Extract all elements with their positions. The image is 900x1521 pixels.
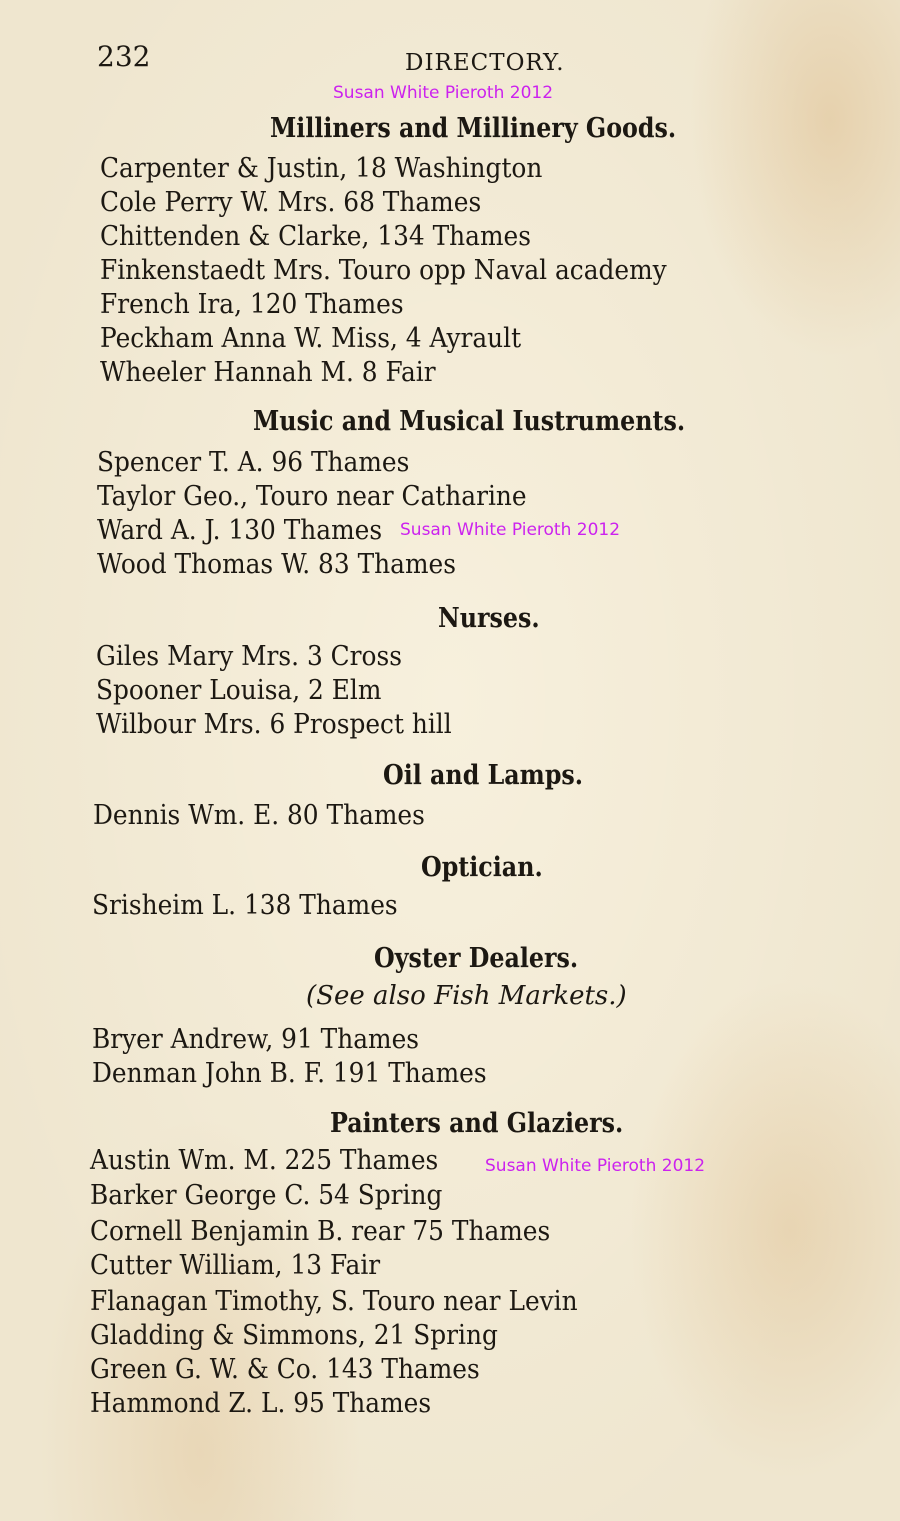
directory-entry: Dennis Wm. E. 80 Thames bbox=[93, 800, 425, 831]
directory-entry: Taylor Geo., Touro near Catharine bbox=[97, 481, 527, 512]
directory-entry: Finkenstaedt Mrs. Touro opp Naval academ… bbox=[100, 255, 667, 286]
directory-entry: Carpenter & Justin, 18 Washington bbox=[100, 153, 542, 184]
directory-entry: Giles Mary Mrs. 3 Cross bbox=[96, 641, 402, 672]
directory-entry: Denman John B. F. 191 Thames bbox=[92, 1058, 487, 1089]
directory-entry: Green G. W. & Co. 143 Thames bbox=[90, 1354, 480, 1385]
directory-entry: Peckham Anna W. Miss, 4 Ayrault bbox=[100, 323, 521, 354]
cross-reference-note: (See also Fish Markets.) bbox=[306, 981, 627, 1011]
section-heading-optician: Optician. bbox=[421, 852, 543, 883]
directory-entry: Austin Wm. M. 225 Thames bbox=[90, 1145, 438, 1176]
section-heading-painters-and-glaziers: Painters and Glaziers. bbox=[330, 1108, 623, 1139]
directory-entry: Cornell Benjamin B. rear 75 Thames bbox=[90, 1216, 550, 1247]
directory-entry: Gladding & Simmons, 21 Spring bbox=[90, 1320, 498, 1351]
watermark: Susan White Pieroth 2012 bbox=[333, 83, 553, 103]
directory-entry: Cole Perry W. Mrs. 68 Thames bbox=[100, 187, 481, 218]
directory-entry: Wood Thomas W. 83 Thames bbox=[97, 549, 456, 580]
directory-entry: Spencer T. A. 96 Thames bbox=[97, 447, 409, 478]
section-heading-nurses: Nurses. bbox=[438, 603, 540, 634]
directory-entry: Ward A. J. 130 Thames bbox=[97, 515, 382, 546]
directory-entry: Barker George C. 54 Spring bbox=[90, 1180, 442, 1211]
section-heading-oyster-dealers: Oyster Dealers. bbox=[374, 943, 578, 974]
directory-entry: Flanagan Timothy, S. Touro near Levin bbox=[90, 1286, 578, 1317]
directory-entry: Srisheim L. 138 Thames bbox=[92, 890, 398, 921]
directory-entry: Wilbour Mrs. 6 Prospect hill bbox=[96, 709, 452, 740]
section-heading-music: Music and Musical Iustruments. bbox=[253, 406, 685, 437]
watermark: Susan White Pieroth 2012 bbox=[485, 1156, 705, 1176]
page-number: 232 bbox=[97, 40, 150, 73]
directory-page: 232 DIRECTORY. Susan White Pieroth 2012 … bbox=[0, 0, 900, 1521]
directory-entry: Chittenden & Clarke, 134 Thames bbox=[100, 221, 531, 252]
directory-entry: Bryer Andrew, 91 Thames bbox=[92, 1024, 419, 1055]
directory-entry: Cutter William, 13 Fair bbox=[90, 1250, 380, 1281]
directory-entry: Spooner Louisa, 2 Elm bbox=[96, 675, 381, 706]
running-title: DIRECTORY. bbox=[405, 50, 565, 76]
section-heading-milliners: Milliners and Millinery Goods. bbox=[270, 113, 676, 144]
directory-entry: French Ira, 120 Thames bbox=[100, 289, 404, 320]
directory-entry: Wheeler Hannah M. 8 Fair bbox=[100, 357, 436, 388]
section-heading-oil-and-lamps: Oil and Lamps. bbox=[383, 760, 583, 791]
watermark: Susan White Pieroth 2012 bbox=[400, 520, 620, 540]
directory-entry: Hammond Z. L. 95 Thames bbox=[90, 1388, 431, 1419]
